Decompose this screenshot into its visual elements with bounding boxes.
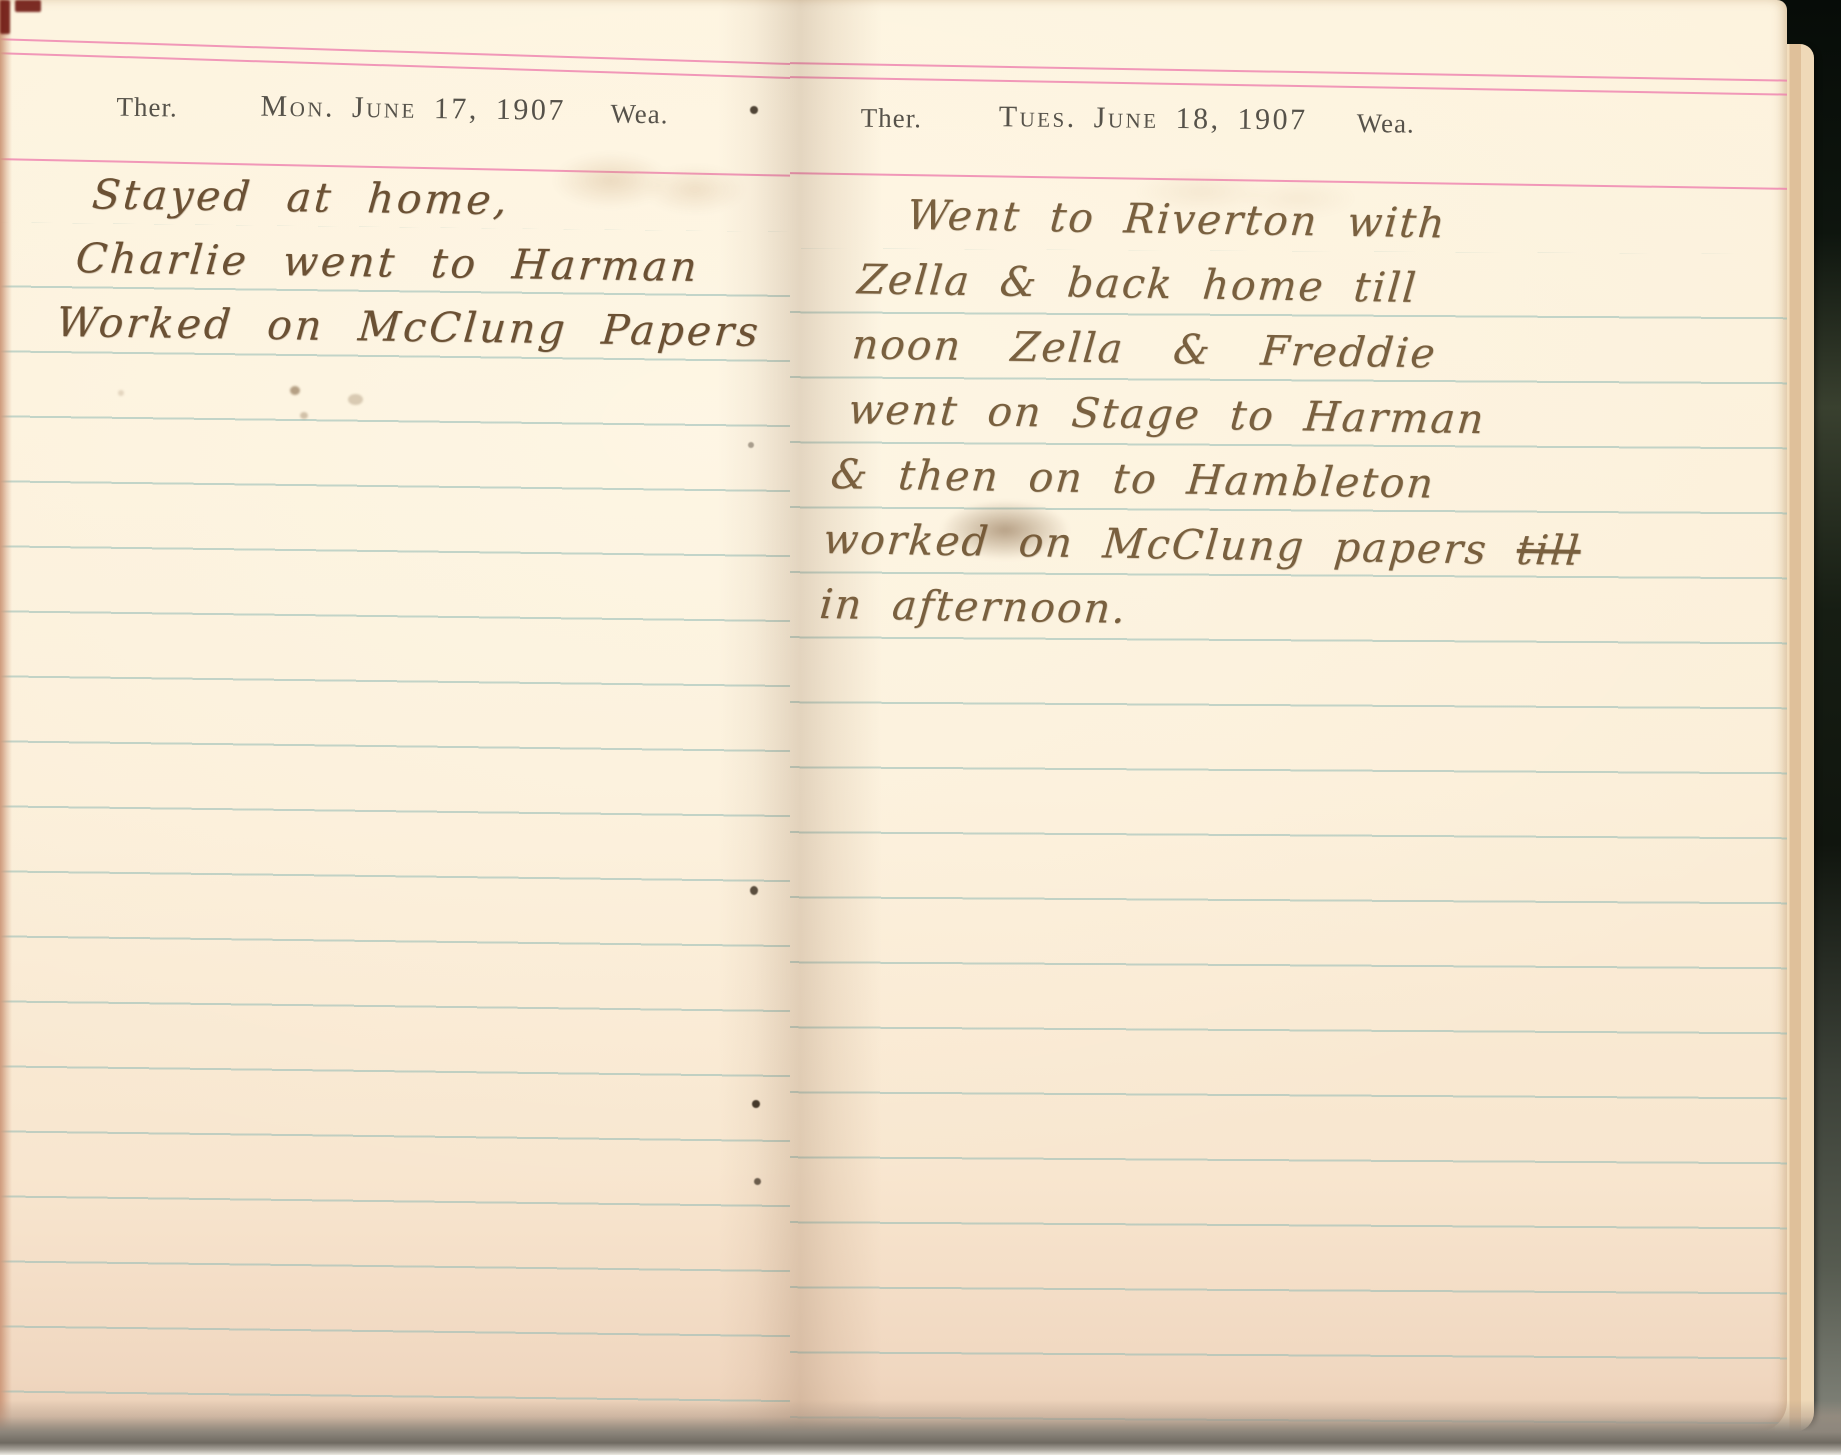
corner-mark	[0, 0, 10, 34]
wea-label: Wea.	[610, 99, 668, 131]
handwritten-line: Charlie went to Harman	[59, 226, 769, 300]
handwritten-line: worked on McClung papers till	[819, 507, 1584, 584]
date-heading: Tues. June 18, 1907	[999, 100, 1308, 137]
ink-smudge	[940, 500, 1070, 560]
diary-entry: Went to Riverton with Zella & back home …	[813, 182, 1611, 649]
handwritten-line: & then on to Hambleton	[824, 442, 1589, 519]
wea-label: Wea.	[1357, 108, 1415, 140]
binding-stitch-hole	[752, 1100, 760, 1108]
handwritten-line: in afternoon.	[813, 572, 1578, 649]
struck-word: till	[1515, 526, 1583, 575]
binding-stitch-hole	[754, 1178, 761, 1185]
binding-gutter-shadow	[718, 0, 882, 1432]
binding-stitch-hole	[750, 886, 758, 895]
left-page: Ther. Mon. June 17, 1907 Wea. Stayed at …	[0, 0, 790, 1432]
ink-speck	[300, 412, 308, 419]
open-diary-spread: Ther. Mon. June 17, 1907 Wea. Stayed at …	[0, 0, 1787, 1432]
handwritten-line: noon Zella & Freddie	[835, 312, 1600, 389]
handwritten-line: went on Stage to Harman	[830, 377, 1595, 454]
binding-stitch-hole	[750, 106, 758, 114]
ink-speck	[290, 386, 300, 395]
right-page: Ther. Tues. June 18, 1907 Wea. Went to R…	[790, 0, 1787, 1432]
ther-label: Ther.	[116, 92, 178, 124]
ink-speck	[118, 390, 124, 396]
date-heading: Mon. June 17, 1907	[260, 90, 566, 128]
diary-scan: Ther. Mon. June 17, 1907 Wea. Stayed at …	[0, 0, 1841, 1455]
corner-mark	[15, 0, 41, 12]
ruled-lines	[0, 222, 790, 1432]
handwritten-text: worked on McClung papers	[821, 515, 1490, 573]
handwritten-line: Zella & back home till	[841, 247, 1606, 324]
page-left-edge	[0, 0, 12, 1432]
ink-bleedthrough	[1130, 160, 1370, 230]
binding-stitch-hole	[748, 442, 754, 448]
scanner-edge-band	[0, 1400, 1841, 1455]
handwritten-line: Worked on McClung Papers	[54, 290, 764, 364]
page-header: Ther. Tues. June 18, 1907 Wea.	[790, 0, 1787, 170]
ink-speck	[348, 394, 363, 405]
